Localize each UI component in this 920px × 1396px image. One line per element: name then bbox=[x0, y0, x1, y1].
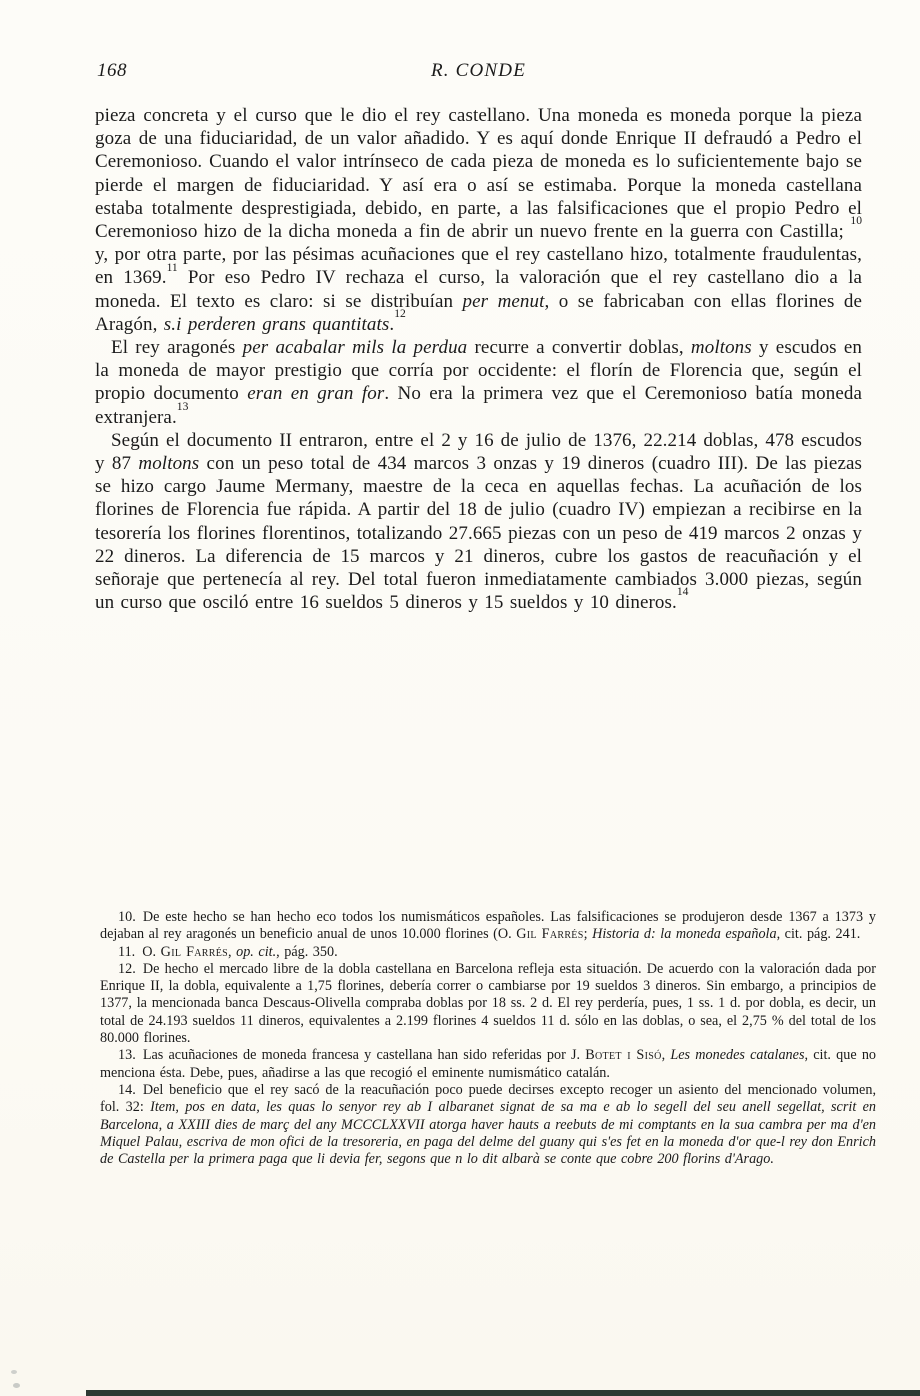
scan-edge-artifact bbox=[86, 1390, 920, 1396]
body-paragraph-3: Según el documento II entraron, entre el… bbox=[95, 429, 862, 615]
body-paragraph-2: El rey aragonés per acabalar mils la per… bbox=[95, 336, 862, 429]
footnote-14: 14. Del beneficio que el rey sacó de la … bbox=[100, 1082, 876, 1168]
footnote-10: 10. De este hecho se han hecho eco todos… bbox=[100, 909, 876, 944]
body-text: pieza concreta y el curso que le dio el … bbox=[95, 104, 862, 614]
page-header: 168 R. CONDE bbox=[95, 60, 862, 86]
running-title: R. CONDE bbox=[95, 60, 862, 82]
scan-speck bbox=[13, 1383, 20, 1388]
scan-speck bbox=[11, 1370, 17, 1374]
page-number: 168 bbox=[97, 60, 127, 82]
footnote-12: 12. De hecho el mercado libre de la dobl… bbox=[100, 961, 876, 1047]
footnote-13: 13. Las acuñaciones de moneda francesa y… bbox=[100, 1047, 876, 1082]
footnotes-block: 10. De este hecho se han hecho eco todos… bbox=[100, 909, 876, 1168]
footnote-11: 11. O. Gil Farrés, op. cit., pág. 350. bbox=[100, 944, 876, 961]
body-paragraph-1: pieza concreta y el curso que le dio el … bbox=[95, 104, 862, 336]
